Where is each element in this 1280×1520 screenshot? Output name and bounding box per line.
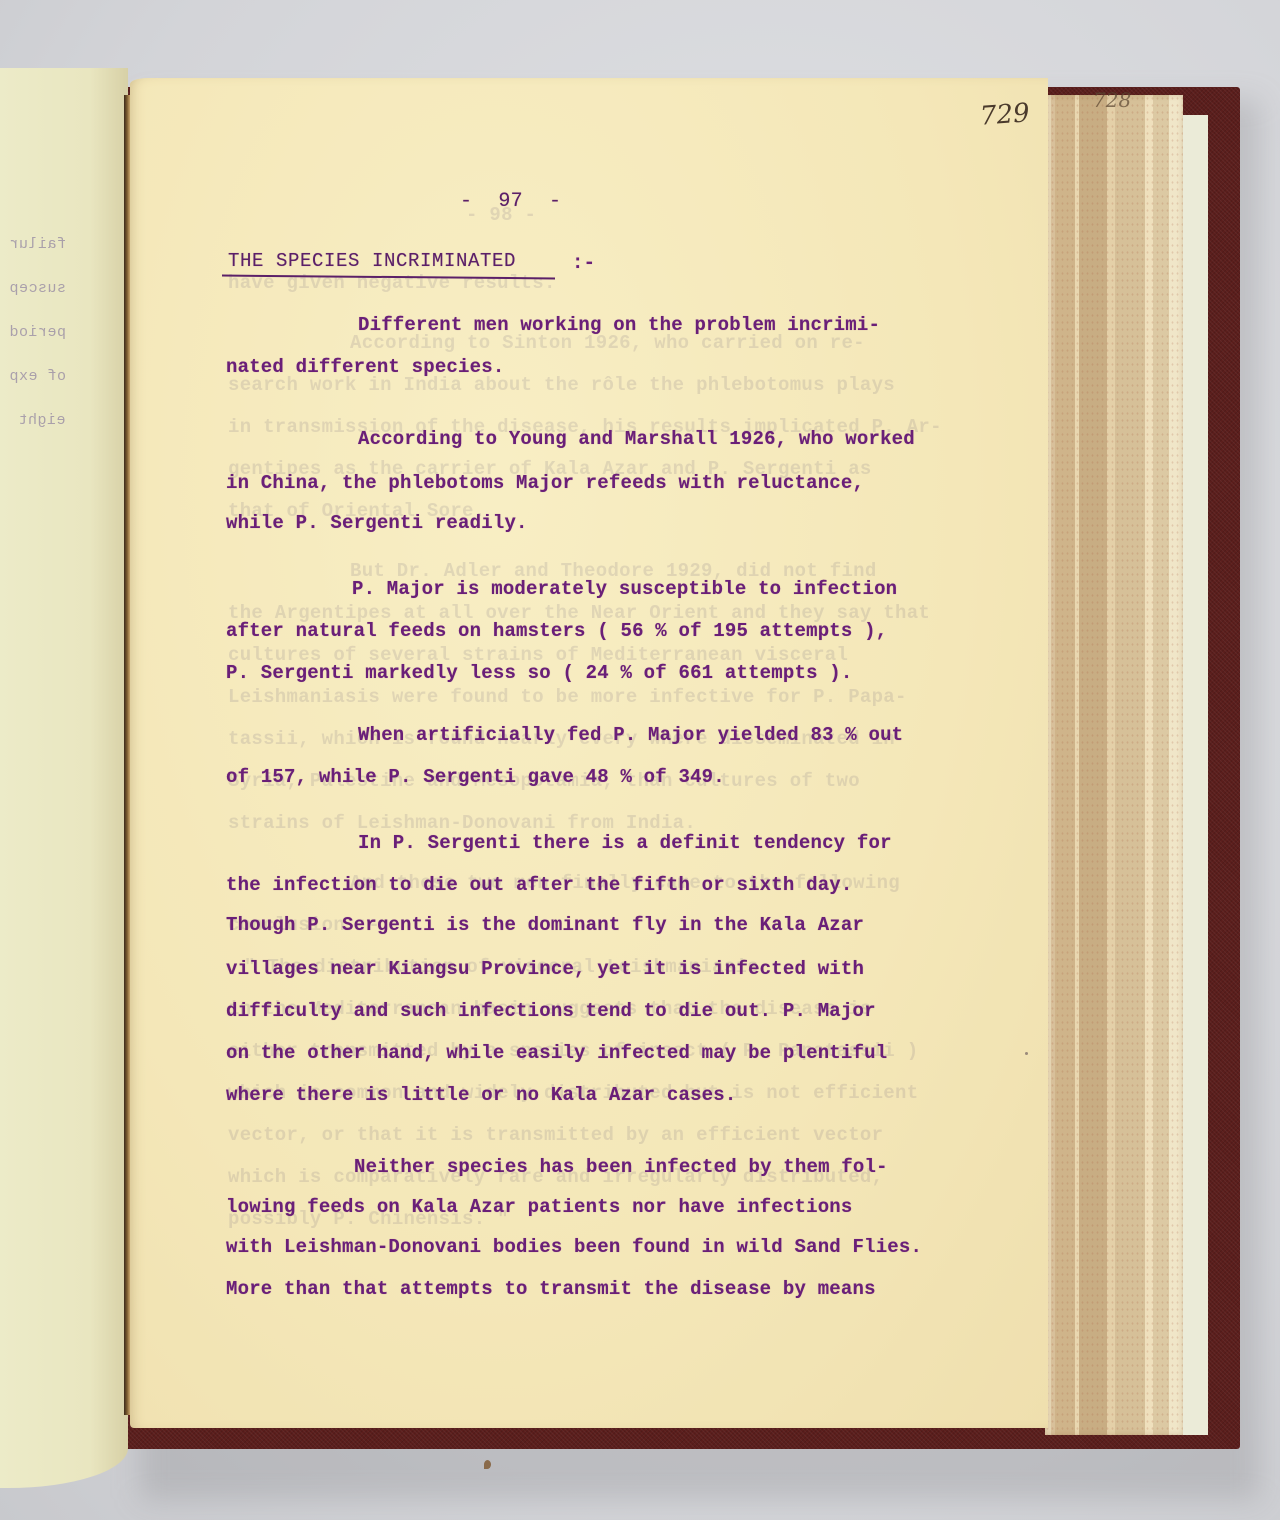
text-line: of 157, while P. Sergenti gave 48 % of 3… [226, 766, 725, 788]
text-line: According to Young and Marshall 1926, wh… [358, 428, 915, 450]
handwritten-page-number-next: 728 [1093, 88, 1131, 112]
left-page-fragment: period [9, 324, 66, 341]
text-line: P. Sergenti markedly less so ( 24 % of 6… [226, 662, 853, 684]
text-line: P. Major is moderately susceptible to in… [352, 578, 897, 600]
text-line: difficulty and such infections tend to d… [226, 1000, 876, 1022]
text-line: in China, the phlebotoms Major refeeds w… [226, 472, 864, 494]
endpaper [1180, 115, 1208, 1435]
bleed-through-line: Leishmaniasis were found to be more infe… [228, 686, 907, 708]
text-line: where there is little or no Kala Azar ca… [226, 1084, 736, 1106]
text-line: More than that attempts to transmit the … [226, 1278, 876, 1300]
text-line: while P. Sergenti readily. [226, 512, 528, 534]
text-line: Neither species has been infected by the… [354, 1156, 888, 1178]
typed-page-number: - 97 - [460, 190, 561, 213]
bleed-through-line: vector, or that it is transmitted by an … [228, 1124, 883, 1146]
left-facing-page: failur suscep period of exp eight [0, 68, 128, 1488]
text-line: with Leishman-Donovani bodies been found… [226, 1236, 922, 1258]
text-line: Though P. Sergenti is the dominant fly i… [226, 914, 864, 936]
handwritten-page-number: 729 [979, 98, 1031, 131]
paper-speck [1025, 1052, 1028, 1055]
text-line: nated different species. [226, 356, 504, 378]
bleed-through-line: strains of Leishman-Donovani from India. [228, 812, 696, 834]
page-edges [1045, 95, 1183, 1435]
text-line: Different men working on the problem inc… [358, 314, 880, 336]
text-line: after natural feeds on hamsters ( 56 % o… [226, 620, 887, 642]
left-page-fragment: suscep [9, 280, 66, 297]
left-page-fragment: eight [18, 412, 66, 429]
text-line: In P. Sergenti there is a definit tenden… [358, 832, 892, 854]
text-line: on the other hand, while easily infected… [226, 1042, 887, 1064]
heading-suffix: :- [572, 252, 595, 274]
table-speck [484, 1460, 491, 1469]
text-line: the infection to die out after the fifth… [226, 874, 853, 896]
text-line: When artificially fed P. Major yielded 8… [358, 724, 903, 746]
left-page-fragment: failur [9, 236, 66, 253]
left-page-fragment: of exp [9, 368, 66, 385]
text-line: villages near Kiangsu Province, yet it i… [226, 958, 864, 980]
section-heading: THE SPECIES INCRIMINATED [228, 250, 516, 272]
text-line: lowing feeds on Kala Azar patients nor h… [226, 1196, 853, 1218]
